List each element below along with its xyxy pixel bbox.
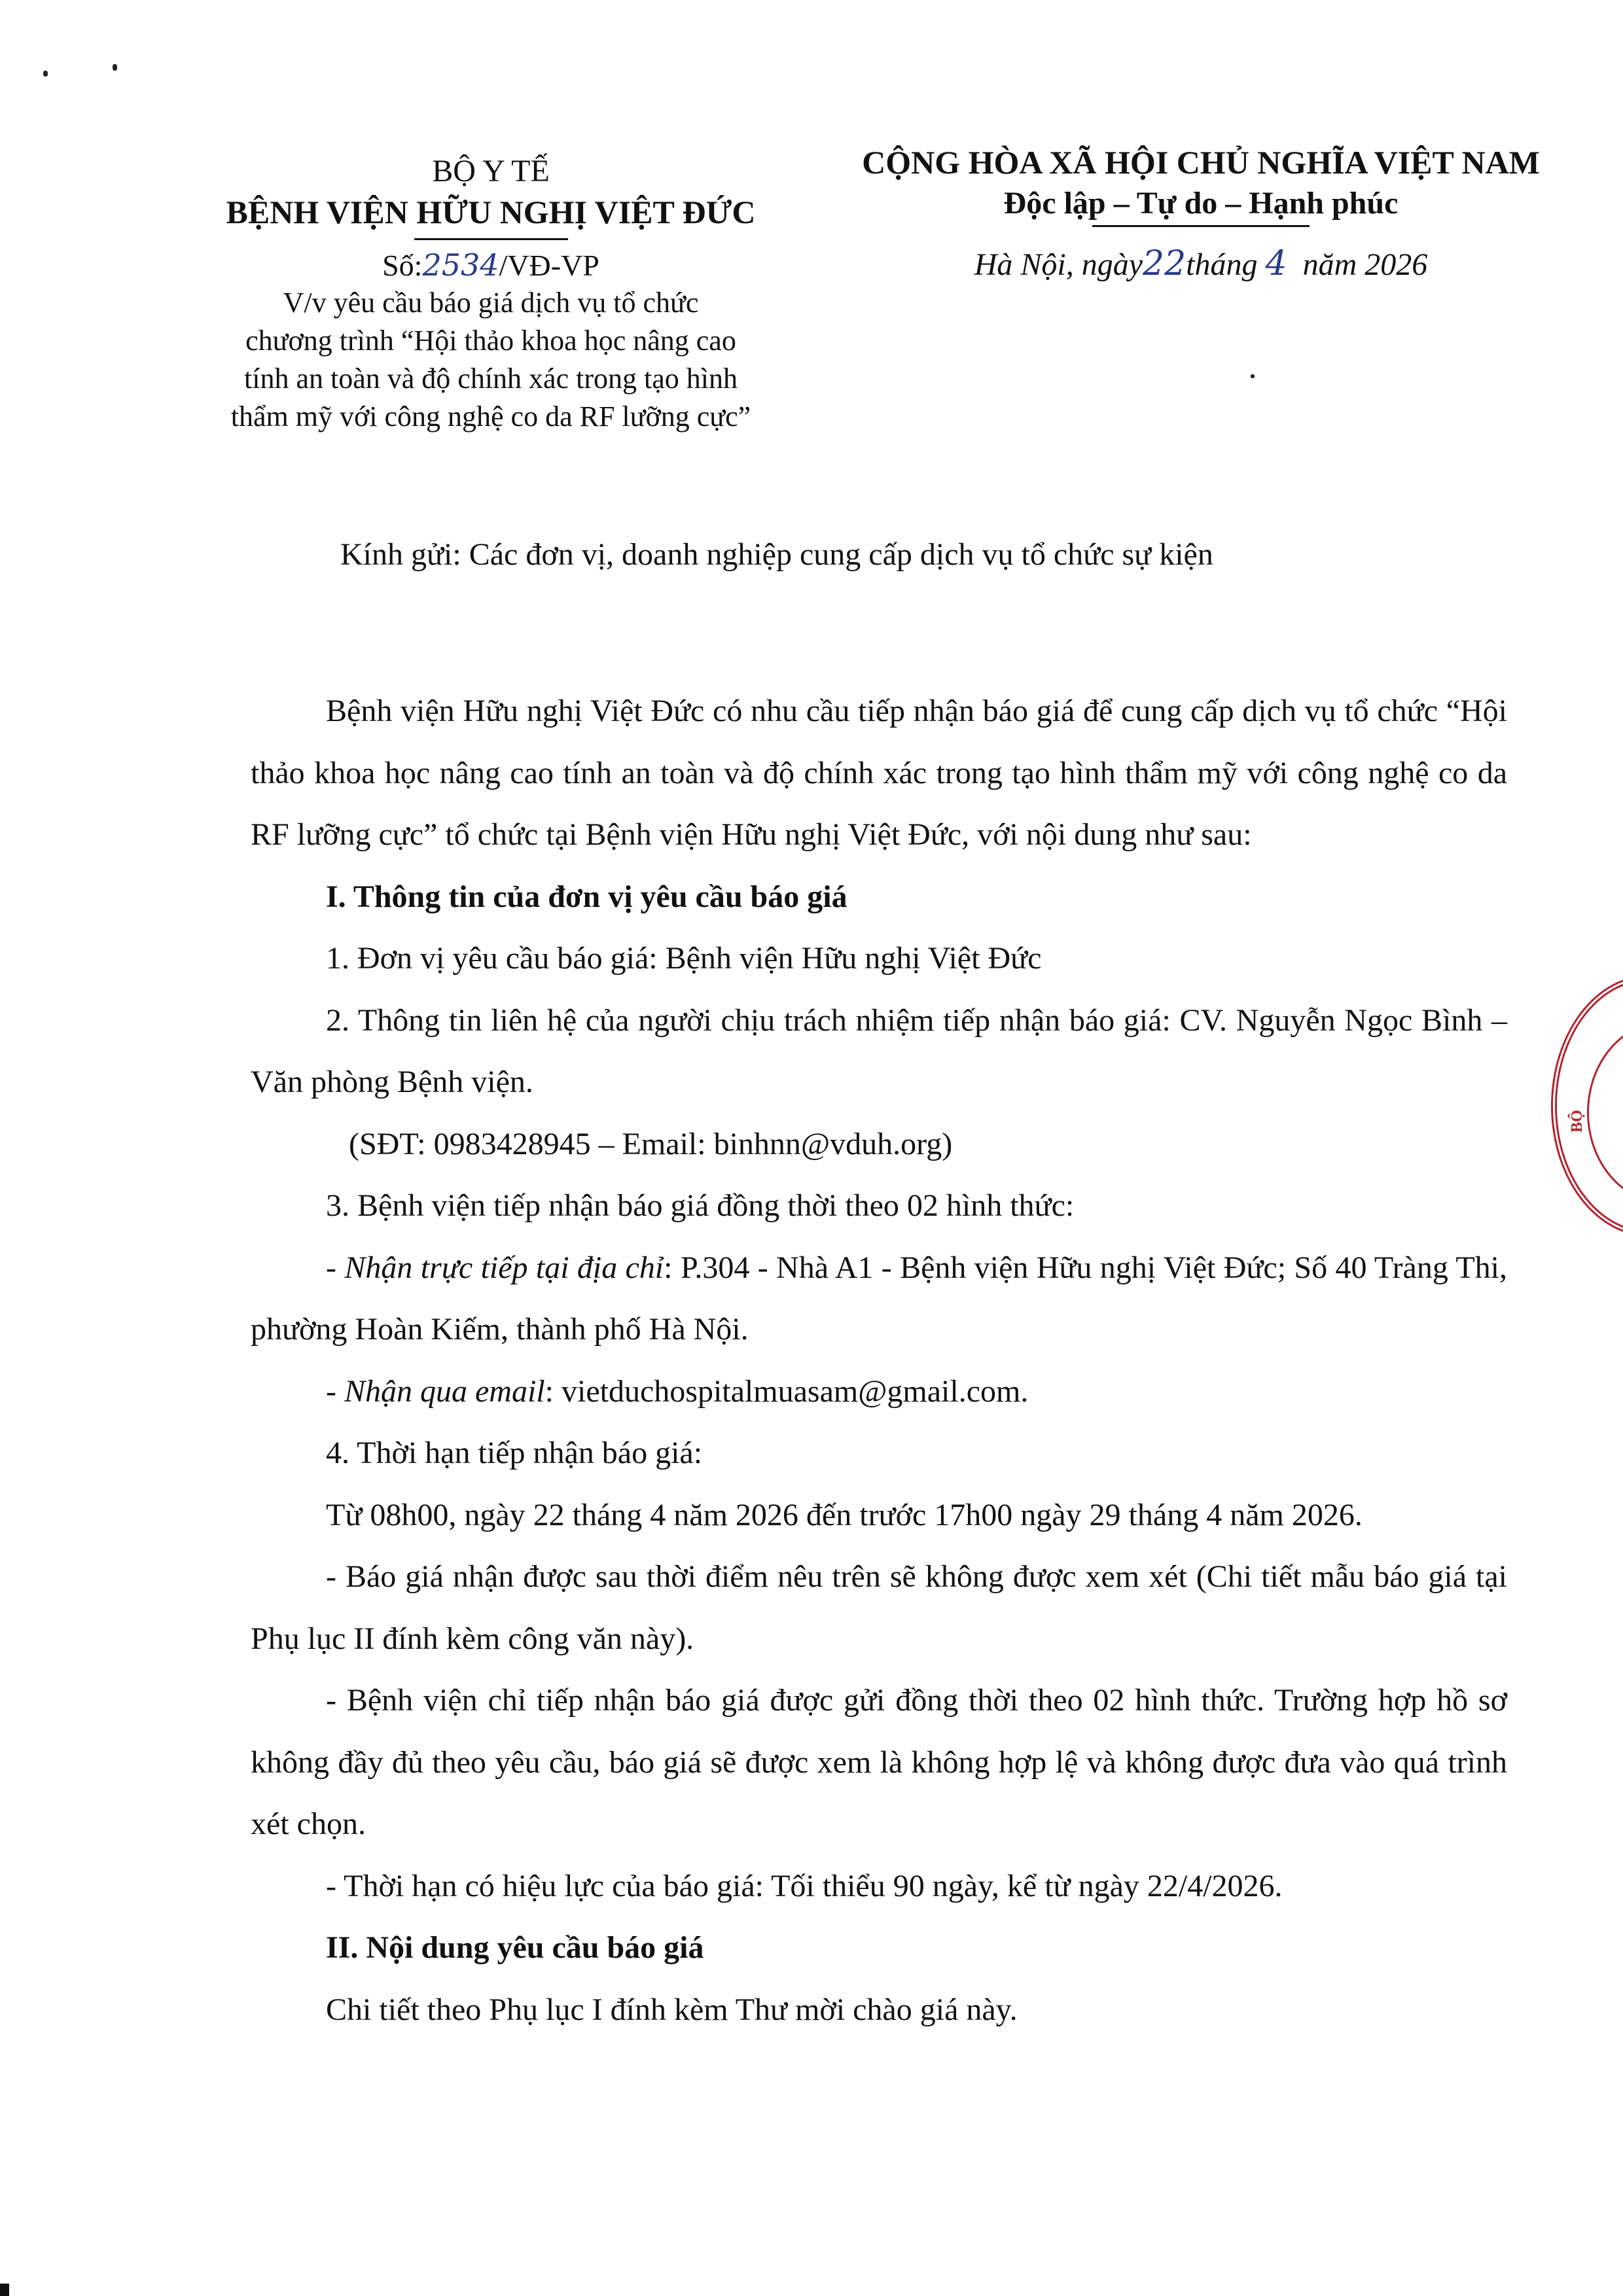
item-3-direct: - Nhận trực tiếp tại địa chỉ: P.304 - Nh… (251, 1237, 1507, 1361)
section-2-title: II. Nội dung yêu cầu báo giá (251, 1917, 1507, 1979)
letter-body: Bệnh viện Hữu nghị Việt Đức có nhu cầu t… (251, 680, 1507, 2041)
subject-line: tính an toàn và độ chính xác trong tạo h… (190, 360, 792, 398)
scan-speck (1251, 374, 1255, 378)
item-3-email: - Nhận qua email: vietduchospitalmuasam@… (251, 1361, 1507, 1423)
contact-info: (SĐT: 0983428945 – Email: binhnn@vduh.or… (251, 1114, 1507, 1176)
subject-block: V/v yêu cầu báo giá dịch vụ tổ chức chươ… (190, 284, 792, 436)
item-4-period: Từ 08h00, ngày 22 tháng 4 năm 2026 đến t… (251, 1485, 1507, 1547)
stamp-text: BỘ (1569, 1110, 1586, 1133)
date-month-label: tháng (1186, 247, 1257, 282)
item-4-note-2: - Bệnh viện chỉ tiếp nhận báo giá được g… (251, 1670, 1507, 1856)
section-2-text: Chi tiết theo Phụ lục I đính kèm Thư mời… (251, 1979, 1507, 2041)
item-2: 2. Thông tin liên hệ của người chịu trác… (251, 990, 1507, 1114)
ministry-name: BỘ Y TẾ (190, 152, 792, 191)
scan-speck (43, 71, 48, 77)
motto-underline (1092, 225, 1310, 227)
date-day-handwritten: 22 (1143, 244, 1186, 283)
doc-number-handwritten: 2534 (422, 247, 499, 283)
national-motto: Độc lập – Tự do – Hạnh phúc (1004, 184, 1399, 223)
date-year: năm 2026 (1303, 247, 1428, 282)
country-name: CỘNG HÒA XÃ HỘI CHỦ NGHĨA VIỆT NAM (831, 141, 1571, 184)
issuer-block: BỘ Y TẾ BỆNH VIỆN HỮU NGHỊ VIỆT ĐỨC Số:2… (190, 152, 792, 436)
doc-number-prefix: Số: (382, 249, 422, 282)
email-label: - Nhận qua email (326, 1374, 545, 1409)
item-4-note-3: - Thời hạn có hiệu lực của báo giá: Tối … (251, 1856, 1507, 1918)
scan-speck (113, 64, 117, 71)
document-number: Số:2534/VĐ-VP (190, 247, 792, 284)
date-prefix: Hà Nội, ngày (974, 247, 1143, 282)
issuer-underline (414, 238, 568, 240)
item-1: 1. Đơn vị yêu cầu báo giá: Bệnh viện Hữu… (251, 928, 1507, 990)
section-1-title: I. Thông tin của đơn vị yêu cầu báo giá (251, 866, 1507, 928)
direct-label: - Nhận trực tiếp tại địa chỉ (326, 1250, 664, 1285)
date-line: Hà Nội, ngày22tháng 4 năm 2026 (831, 244, 1571, 285)
doc-number-suffix: /VĐ-VP (499, 249, 599, 282)
subject-line: V/v yêu cầu báo giá dịch vụ tổ chức (190, 284, 792, 322)
item-3: 3. Bệnh viện tiếp nhận báo giá đồng thời… (251, 1175, 1507, 1237)
date-month-handwritten: 4 (1266, 244, 1287, 283)
item-4: 4. Thời hạn tiếp nhận báo giá: (251, 1422, 1507, 1485)
email-address: : vietduchospitalmuasam@gmail.com. (545, 1374, 1029, 1409)
subject-line: chương trình “Hội thảo khoa học nâng cao (190, 322, 792, 360)
recipient-line: Kính gửi: Các đơn vị, doanh nghiệp cung … (340, 535, 1213, 574)
motto-text: Độc lập – Tự do – Hạnh phúc (1004, 186, 1399, 221)
document-page: BỘ Y TẾ BỆNH VIỆN HỮU NGHỊ VIỆT ĐỨC Số:2… (0, 0, 1623, 2296)
national-header: CỘNG HÒA XÃ HỘI CHỦ NGHĨA VIỆT NAM Độc l… (831, 141, 1571, 285)
scan-corner-mark (0, 2284, 9, 2296)
intro-paragraph: Bệnh viện Hữu nghị Việt Đức có nhu cầu t… (251, 680, 1507, 866)
subject-line: thẩm mỹ với công nghệ co da RF lưỡng cực… (190, 398, 792, 436)
hospital-name: BỆNH VIỆN HỮU NGHỊ VIỆT ĐỨC (190, 191, 792, 233)
item-4-note-1: - Báo giá nhận được sau thời điểm nêu tr… (251, 1546, 1507, 1670)
